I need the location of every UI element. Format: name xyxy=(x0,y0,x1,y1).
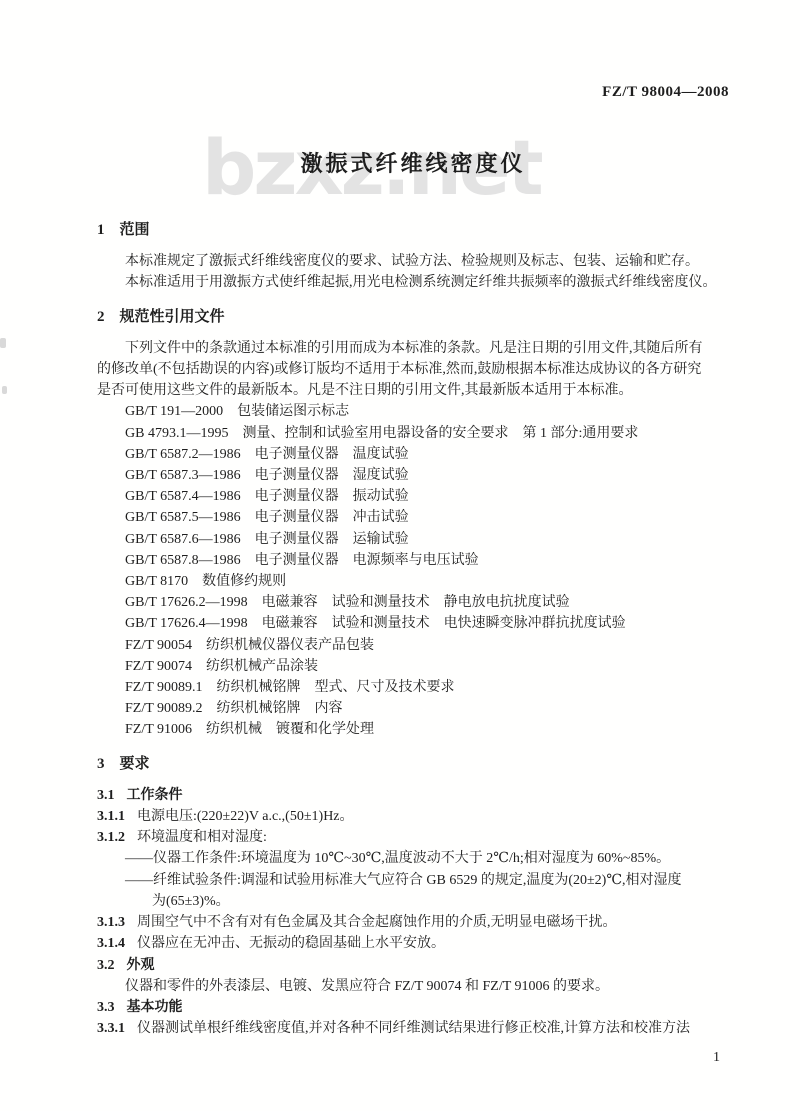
subsection-heading: 3.1工作条件 xyxy=(97,785,729,806)
clause-text: 仪器测试单根纤维线密度值,并对各种不同纤维测试结果进行修正校准,计算方法和校准方… xyxy=(137,1021,690,1036)
clause-text: 范围 xyxy=(120,222,150,238)
clause-line: 3.1.1电源电压:(220±22)V a.c.,(50±1)Hz。 xyxy=(97,806,729,827)
reference-item: GB/T 6587.5—1986 电子测量仪器 冲击试验 xyxy=(97,507,729,528)
text-line: ——纤维试验条件:调湿和试验用标准大气应符合 GB 6529 的规定,温度为(2… xyxy=(97,870,729,891)
page-number: 1 xyxy=(713,1050,720,1066)
clause-number: 3.1.3 xyxy=(97,915,125,930)
scanned-standard-page: bzxz.net FZ/T 98004—2008 激振式纤维线密度仪 1范围本标… xyxy=(0,0,800,1111)
standard-number: FZ/T 98004—2008 xyxy=(97,0,729,101)
section-heading: 3要求 xyxy=(97,754,729,775)
document-body: 1范围本标准规定了激振式纤维线密度仪的要求、试验方法、检验规则及标志、包装、运输… xyxy=(97,177,729,1039)
reference-item: GB/T 191—2000 包装储运图示标志 xyxy=(97,401,729,422)
reference-item: FZ/T 90089.2 纺织机械铭牌 内容 xyxy=(97,698,729,719)
clause-number: 3.1 xyxy=(97,788,115,803)
reference-item: FZ/T 91006 纺织机械 镀覆和化学处理 xyxy=(97,719,729,740)
reference-item: GB/T 6587.8—1986 电子测量仪器 电源频率与电压试验 xyxy=(97,550,729,571)
clause-number: 3.1.2 xyxy=(97,830,125,845)
clause-text: 仪器应在无冲击、无振动的稳固基础上水平安放。 xyxy=(137,936,445,951)
clause-number: 3.2 xyxy=(97,958,115,973)
clause-text: 工作条件 xyxy=(127,788,183,803)
clause-text: 规范性引用文件 xyxy=(120,309,225,325)
reference-item: FZ/T 90074 纺织机械产品涂装 xyxy=(97,656,729,677)
clause-text: 基本功能 xyxy=(127,1000,183,1015)
reference-item: GB/T 6587.2—1986 电子测量仪器 温度试验 xyxy=(97,444,729,465)
reference-item: GB/T 17626.4—1998 电磁兼容 试验和测量技术 电快速瞬变脉冲群抗… xyxy=(97,613,729,634)
section-heading: 2规范性引用文件 xyxy=(97,307,729,328)
clause-text: 电源电压:(220±22)V a.c.,(50±1)Hz。 xyxy=(137,809,354,824)
clause-line: 3.1.3周围空气中不含有对有色金属及其合金起腐蚀作用的介质,无明显电磁场干扰。 xyxy=(97,912,729,933)
text-line: ——仪器工作条件:环境温度为 10℃~30℃,温度波动不大于 2℃/h;相对湿度… xyxy=(97,848,729,869)
scan-artifact-speck xyxy=(2,386,7,394)
reference-item: GB/T 6587.4—1986 电子测量仪器 振动试验 xyxy=(97,486,729,507)
text-line: 下列文件中的条款通过本标准的引用而成为本标准的条款。凡是注日期的引用文件,其随后… xyxy=(97,338,729,359)
subsection-heading: 3.2外观 xyxy=(97,955,729,976)
clause-text: 外观 xyxy=(127,958,155,973)
reference-item: GB/T 6587.3—1986 电子测量仪器 湿度试验 xyxy=(97,465,729,486)
clause-number: 3.3.1 xyxy=(97,1021,125,1036)
clause-text: 要求 xyxy=(120,756,150,772)
clause-number: 3.1.4 xyxy=(97,936,125,951)
text-line: 本标准规定了激振式纤维线密度仪的要求、试验方法、检验规则及标志、包装、运输和贮存… xyxy=(97,251,729,272)
scan-artifact-speck xyxy=(0,338,6,348)
subsection-heading: 3.3基本功能 xyxy=(97,997,729,1018)
reference-item: FZ/T 90054 纺织机械仪器仪表产品包装 xyxy=(97,635,729,656)
reference-item: GB/T 17626.2—1998 电磁兼容 试验和测量技术 静电放电抗扰度试验 xyxy=(97,592,729,613)
reference-item: GB 4793.1—1995 测量、控制和试验室用电器设备的安全要求 第 1 部… xyxy=(97,423,729,444)
reference-item: GB/T 8170 数值修约规则 xyxy=(97,571,729,592)
section-heading: 1范围 xyxy=(97,220,729,241)
clause-number: 3.3 xyxy=(97,1000,115,1015)
text-line: 仪器和零件的外表漆层、电镀、发黑应符合 FZ/T 90074 和 FZ/T 91… xyxy=(97,976,729,997)
document-title: 激振式纤维线密度仪 xyxy=(97,151,729,177)
clause-text: 环境温度和相对湿度: xyxy=(137,830,267,845)
clause-number: 2 xyxy=(97,309,105,325)
text-line: 为(65±3)%。 xyxy=(97,891,729,912)
clause-number: 1 xyxy=(97,222,105,238)
clause-number: 3.1.1 xyxy=(97,809,125,824)
reference-item: GB/T 6587.6—1986 电子测量仪器 运输试验 xyxy=(97,529,729,550)
clause-text: 周围空气中不含有对有色金属及其合金起腐蚀作用的介质,无明显电磁场干扰。 xyxy=(137,915,617,930)
clause-line: 3.1.2环境温度和相对湿度: xyxy=(97,827,729,848)
clause-line: 3.1.4仪器应在无冲击、无振动的稳固基础上水平安放。 xyxy=(97,933,729,954)
text-line: 的修改单(不包括勘误的内容)或修订版均不适用于本标准,然而,鼓励根据本标准达成协… xyxy=(97,359,729,380)
clause-line: 3.3.1仪器测试单根纤维线密度值,并对各种不同纤维测试结果进行修正校准,计算方… xyxy=(97,1018,729,1039)
clause-number: 3 xyxy=(97,756,105,772)
reference-item: FZ/T 90089.1 纺织机械铭牌 型式、尺寸及技术要求 xyxy=(97,677,729,698)
text-line: 本标准适用于用激振方式使纤维起振,用光电检测系统测定纤维共振频率的激振式纤维线密… xyxy=(97,272,729,293)
text-line: 是否可使用这些文件的最新版本。凡是不注日期的引用文件,其最新版本适用于本标准。 xyxy=(97,380,729,401)
